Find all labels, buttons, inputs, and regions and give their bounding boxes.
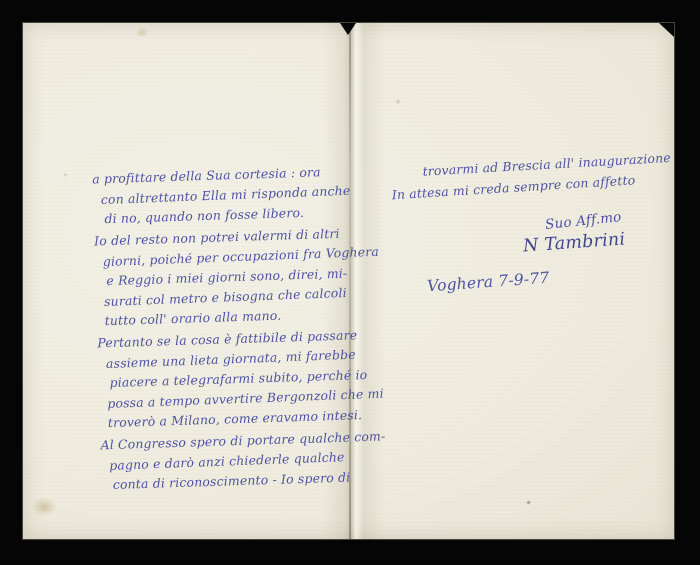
left-page-text: a profittare della Sua cortesia : ora co… — [92, 161, 384, 498]
signature: N Tambrini — [522, 229, 625, 256]
clipped-corner — [659, 23, 674, 37]
paragraph: Pertanto se la cosa è fattibile di passa… — [105, 325, 382, 434]
paper-stain — [31, 497, 57, 517]
paper-speck — [395, 99, 401, 104]
paragraph: Al Congresso spero di portare qualche co… — [108, 427, 384, 496]
paragraph: a profittare della Sua cortesia : ora co… — [100, 161, 376, 230]
paper-speck — [63, 173, 68, 177]
letter-paper: a profittare della Sua cortesia : ora co… — [23, 23, 674, 539]
scan-background: a profittare della Sua cortesia : ora co… — [0, 0, 700, 565]
paper-speck — [526, 500, 531, 505]
place-and-date: Voghera 7-9-77 — [427, 269, 550, 296]
paper-stain — [135, 27, 149, 38]
right-page-text: trovarmi ad Brescia all' inaugurazione I… — [390, 147, 662, 204]
fold-top-notch — [340, 23, 356, 35]
paragraph: Io del resto non potrei valermi di altri… — [102, 223, 379, 332]
